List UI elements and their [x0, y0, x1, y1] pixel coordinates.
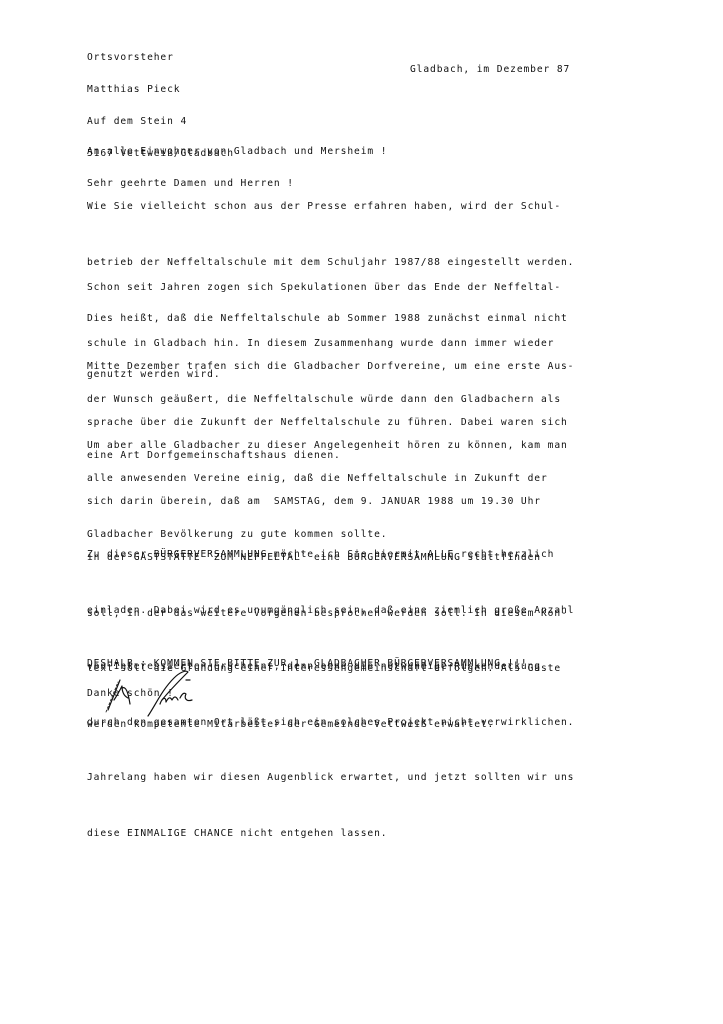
text-line: diese EINMALIGE CHANCE nicht entgehen la…: [87, 825, 574, 844]
text-line: Schon seit Jahren zogen sich Spekulation…: [87, 279, 561, 298]
text-line: Um aber alle Gladbacher zu dieser Angele…: [87, 437, 568, 456]
sender-line: Ortsvorsteher: [87, 53, 234, 64]
letter-page: Ortsvorsteher Matthias Pieck Auf dem Ste…: [0, 0, 723, 1024]
place-date: Gladbach, im Dezember 87: [410, 64, 570, 76]
sender-line: Matthias Pieck: [87, 85, 234, 96]
text-line: Wie Sie vielleicht schon aus der Presse …: [87, 198, 574, 217]
text-line: Mitte Dezember trafen sich die Gladbache…: [87, 358, 574, 377]
text-line: Zu dieser BÜRGERVERSAMMLUNG möchte ich S…: [87, 546, 574, 565]
handwritten-signature-icon: [100, 660, 210, 720]
text-line: Jahrelang haben wir diesen Augenblick er…: [87, 769, 574, 788]
